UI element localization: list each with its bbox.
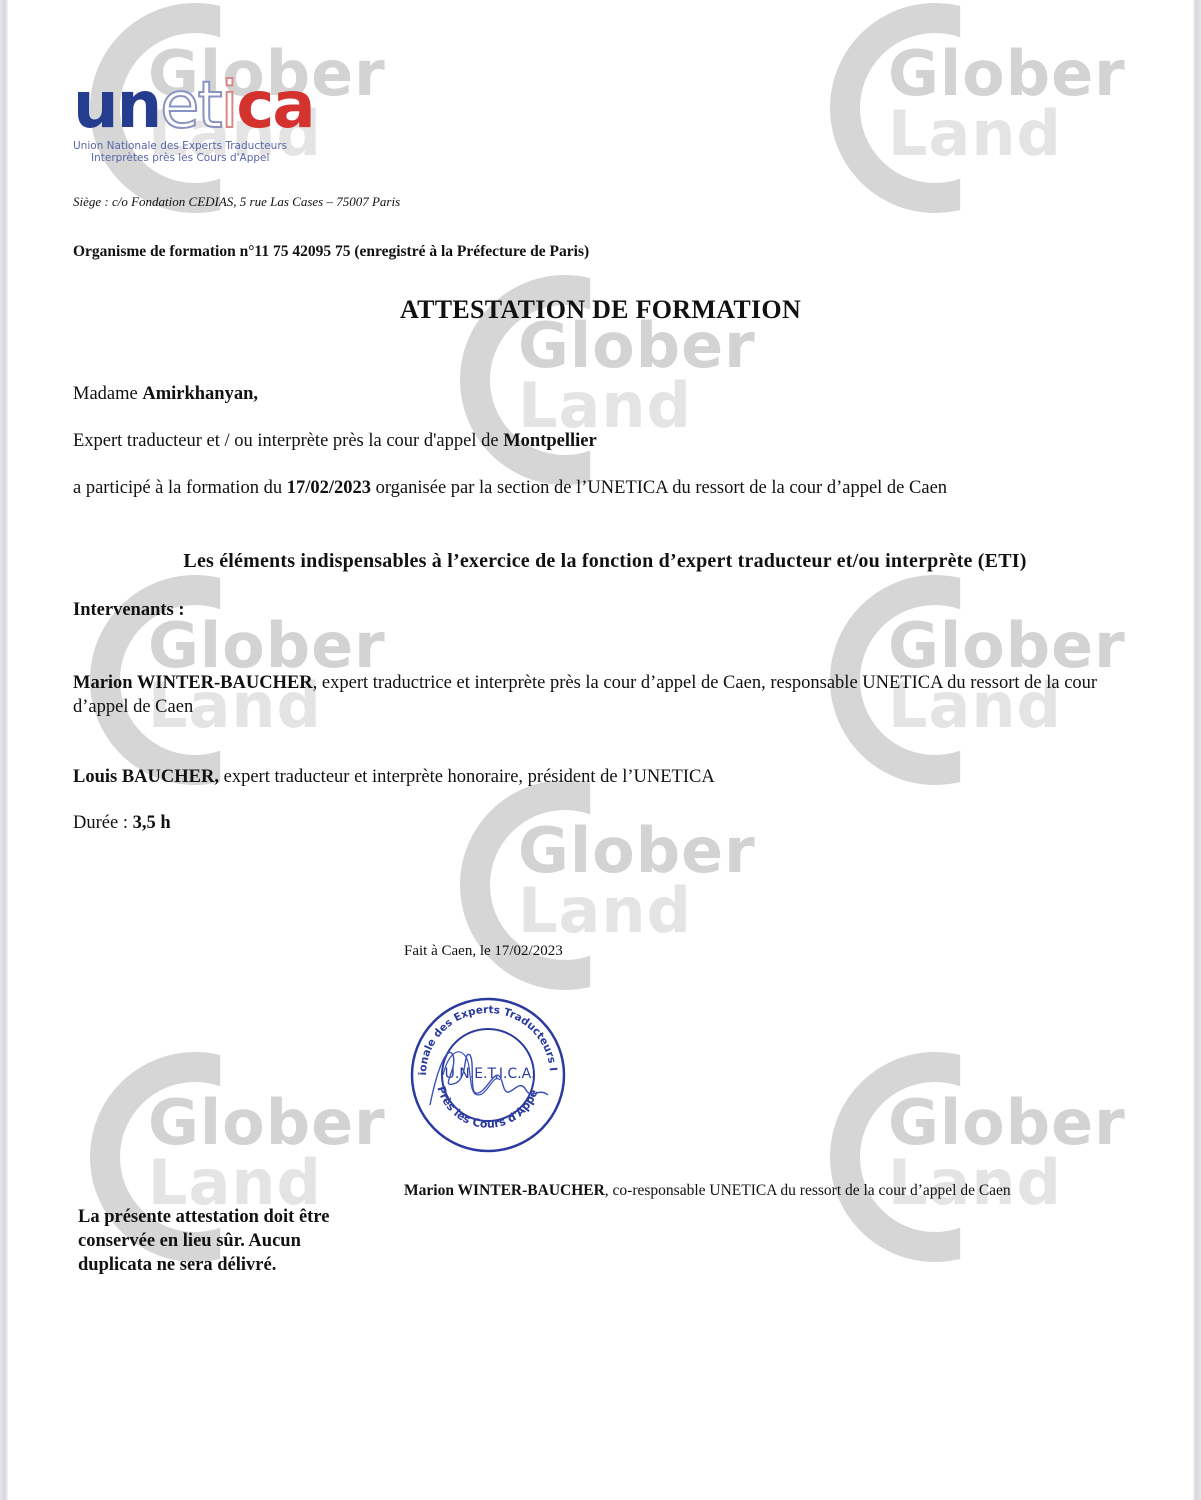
salutation: Madame Amirkhanyan, xyxy=(73,384,258,405)
page-edge-right xyxy=(1193,0,1201,1500)
svg-text:Union Nationale des Experts Tr: Union Nationale des Experts Traducteurs … xyxy=(408,995,559,1076)
training-org-number: Organisme de formation n°11 75 42095 75 … xyxy=(73,243,589,261)
participation-statement: a participé à la formation du 17/02/2023… xyxy=(73,478,947,499)
recipient-role: Expert traducteur et / ou interprète prè… xyxy=(73,431,597,452)
watermark: GloberLand xyxy=(830,3,1130,213)
conservation-notice: La présente attestation doit être conser… xyxy=(78,1205,378,1277)
duration-value: 3,5 h xyxy=(133,813,171,833)
watermark: GloberLand xyxy=(830,1052,1130,1262)
signatory-name: Marion WINTER-BAUCHER xyxy=(404,1182,605,1199)
unetica-stamp-icon: Union Nationale des Experts Traducteurs … xyxy=(408,995,568,1155)
speakers-label: Intervenants : xyxy=(73,600,185,621)
signatory: Marion WINTER-BAUCHER, co-responsable UN… xyxy=(404,1180,1064,1201)
document-title: ATTESTATION DE FORMATION xyxy=(0,295,1201,325)
svg-text:U.N.E.T.I.C.A.: U.N.E.T.I.C.A. xyxy=(445,1066,536,1082)
speaker-item: Marion WINTER-BAUCHER, expert traductric… xyxy=(73,671,1123,719)
court-name: Montpellier xyxy=(503,431,597,451)
recipient-name: Amirkhanyan, xyxy=(142,384,258,404)
training-date: 17/02/2023 xyxy=(287,478,371,498)
page-edge-left xyxy=(0,0,8,1500)
logo-subtitle: Union Nationale des Experts Traducteurs … xyxy=(73,140,314,164)
speaker-item: Louis BAUCHER, expert traducteur et inte… xyxy=(73,765,1123,789)
logo-wordmark: unetica xyxy=(73,74,314,138)
duration: Durée : 3,5 h xyxy=(73,813,171,834)
unetica-logo: unetica Union Nationale des Experts Trad… xyxy=(73,74,314,164)
place-date: Fait à Caen, le 17/02/2023 xyxy=(404,943,563,960)
course-title: Les éléments indispensables à l’exercice… xyxy=(0,550,1201,573)
headquarters-address: Siège : c/o Fondation CEDIAS, 5 rue Las … xyxy=(73,194,400,210)
